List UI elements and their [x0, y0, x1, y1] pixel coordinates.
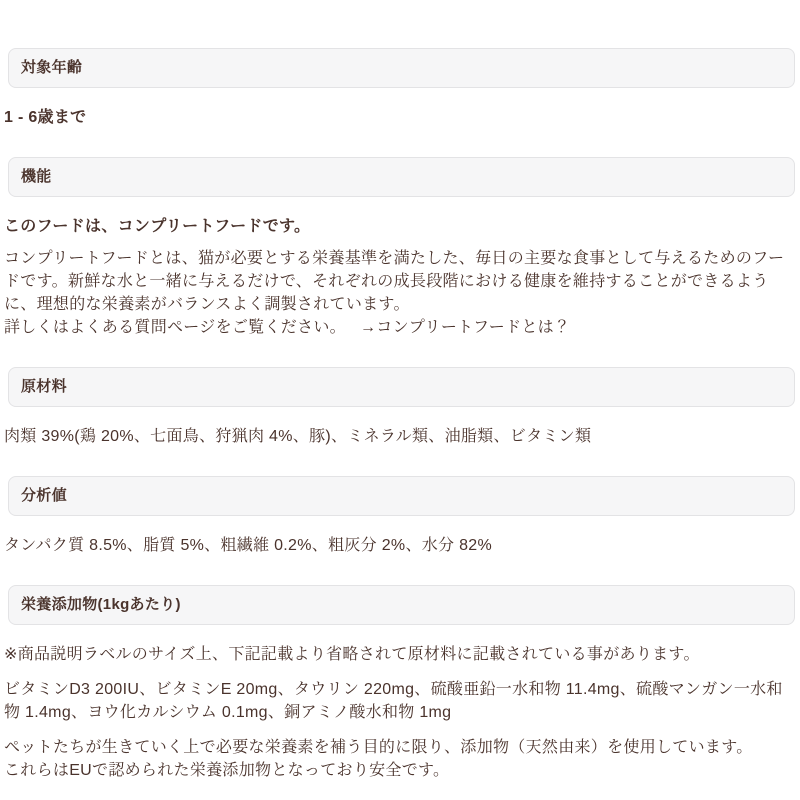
section-header-ingredients: 原材料 — [8, 367, 795, 407]
additives-usage-line2: これらはEUで認められた栄養添加物となっており安全です。 — [4, 762, 449, 779]
section-body-function: このフードは、コンプリートフードです。 コンプリートフードとは、猫が必要とする栄… — [4, 215, 796, 339]
function-more-info: 詳しくはよくある質問ページをご覧ください。 — [4, 319, 346, 336]
section-ingredients: 原材料 肉類 39%(鶏 20%、七面鳥、狩猟肉 4%、豚)、ミネラル類、油脂類… — [0, 367, 800, 448]
function-lead: このフードは、コンプリートフードです。 — [4, 215, 796, 238]
section-title-function: 機能 — [21, 168, 52, 185]
section-analysis: 分析値 タンパク質 8.5%、脂質 5%、粗繊維 0.2%、粗灰分 2%、水分 … — [0, 476, 800, 557]
target-age-value: 1 - 6歳まで — [4, 106, 796, 129]
function-description-paragraph: コンプリートフードとは、猫が必要とする栄養基準を満たした、毎日の主要な食事として… — [4, 247, 796, 339]
section-header-additives: 栄養添加物(1kgあたり) — [8, 585, 795, 625]
section-title-ingredients: 原材料 — [21, 378, 67, 395]
additives-label-note: ※商品説明ラベルのサイズ上、下記記載より省略されて原材料に記載されている事があり… — [4, 643, 796, 666]
complete-food-faq-link[interactable]: →コンプリートフードとは？ — [360, 319, 570, 336]
section-title-analysis: 分析値 — [21, 487, 67, 504]
section-additives: 栄養添加物(1kgあたり) ※商品説明ラベルのサイズ上、下記記載より省略されて原… — [0, 585, 800, 782]
section-title-additives: 栄養添加物(1kgあたり) — [21, 596, 181, 613]
section-title-target-age: 対象年齢 — [21, 59, 82, 76]
additives-list: ビタミンD3 200IU、ビタミンE 20mg、タウリン 220mg、硫酸亜鉛一… — [4, 678, 796, 724]
product-spec-page: 対象年齢 1 - 6歳まで 機能 このフードは、コンプリートフードです。 コンプ… — [0, 0, 800, 782]
section-body-ingredients: 肉類 39%(鶏 20%、七面鳥、狩猟肉 4%、豚)、ミネラル類、油脂類、ビタミ… — [4, 425, 796, 448]
analysis-value: タンパク質 8.5%、脂質 5%、粗繊維 0.2%、粗灰分 2%、水分 82% — [4, 534, 796, 557]
section-header-analysis: 分析値 — [8, 476, 795, 516]
section-body-target-age: 1 - 6歳まで — [4, 106, 796, 129]
additives-usage-paragraph: ペットたちが生きていく上で必要な栄養素を補う目的に限り、添加物（天然由来）を使用… — [4, 736, 796, 782]
section-function: 機能 このフードは、コンプリートフードです。 コンプリートフードとは、猫が必要と… — [0, 157, 800, 339]
section-target-age: 対象年齢 1 - 6歳まで — [0, 48, 800, 129]
additives-usage-line1: ペットたちが生きていく上で必要な栄養素を補う目的に限り、添加物（天然由来）を使用… — [4, 739, 753, 756]
section-body-analysis: タンパク質 8.5%、脂質 5%、粗繊維 0.2%、粗灰分 2%、水分 82% — [4, 534, 796, 557]
section-header-function: 機能 — [8, 157, 795, 197]
ingredients-value: 肉類 39%(鶏 20%、七面鳥、狩猟肉 4%、豚)、ミネラル類、油脂類、ビタミ… — [4, 425, 796, 448]
section-body-additives: ※商品説明ラベルのサイズ上、下記記載より省略されて原材料に記載されている事があり… — [4, 643, 796, 782]
section-header-target-age: 対象年齢 — [8, 48, 795, 88]
function-description: コンプリートフードとは、猫が必要とする栄養基準を満たした、毎日の主要な食事として… — [4, 250, 784, 313]
